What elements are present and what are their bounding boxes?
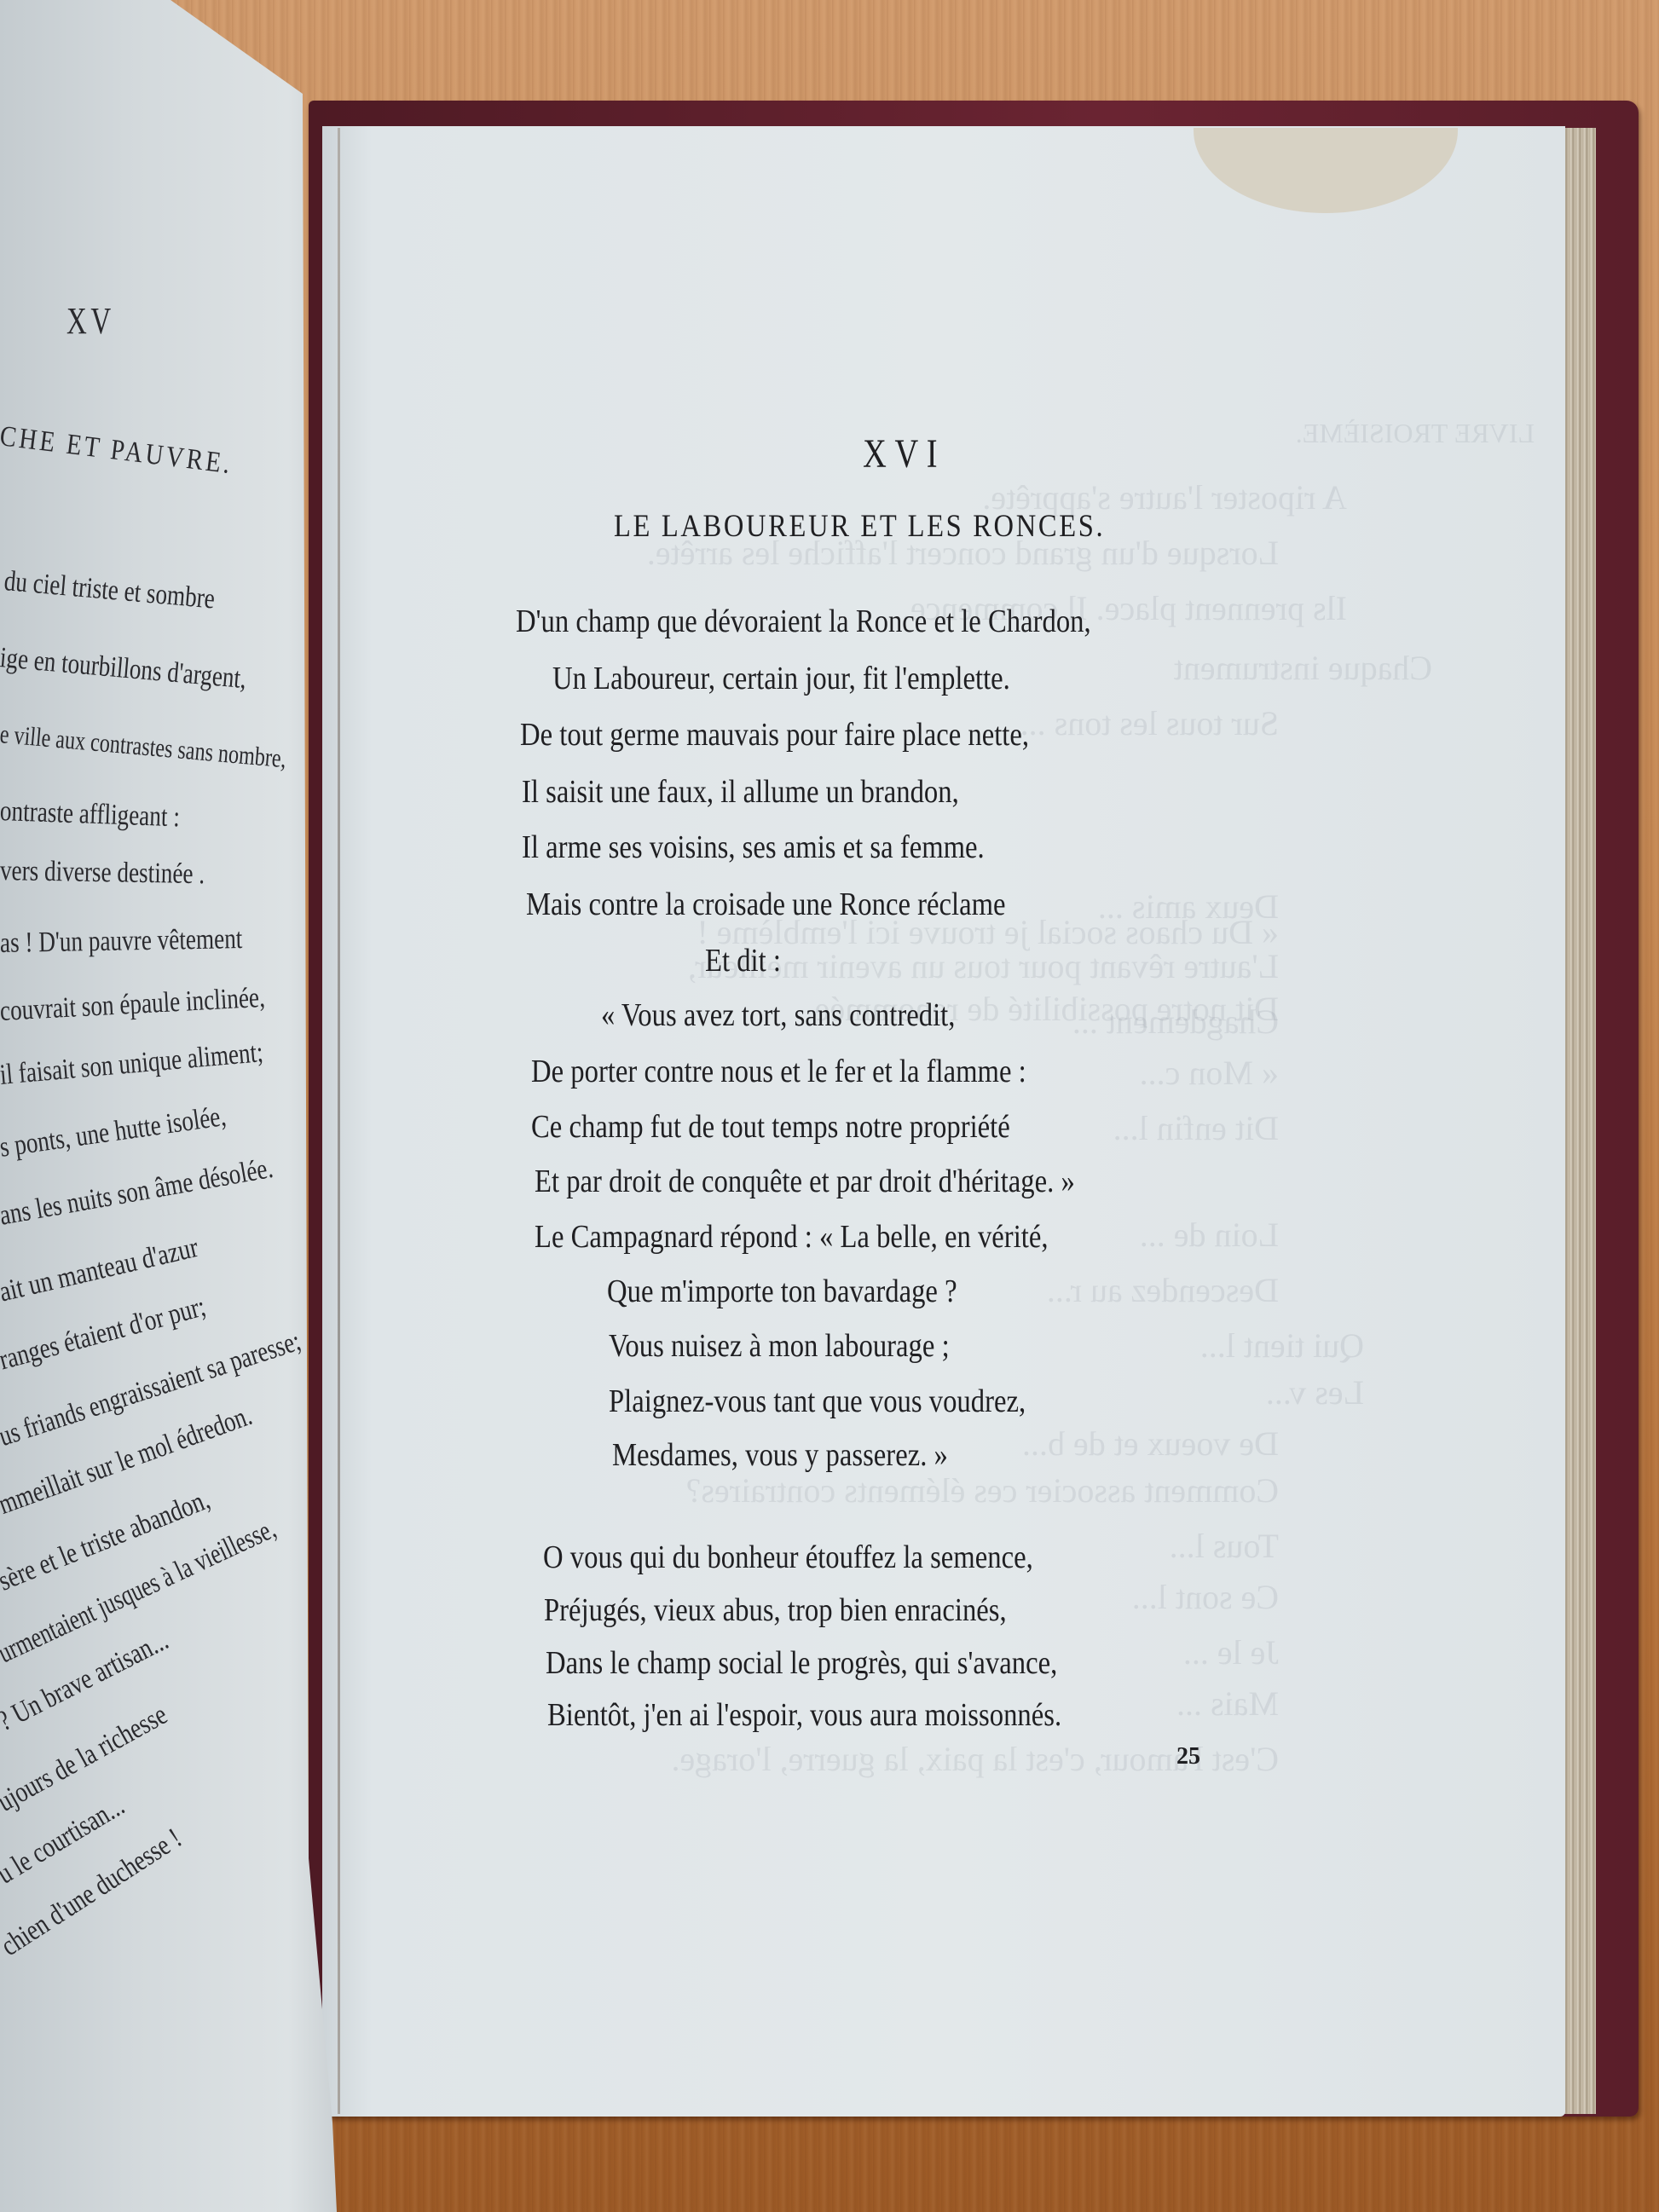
verse-line: Que m'importe ton bavardage ? xyxy=(607,1275,957,1308)
verse-line: De tout germe mauvais pour faire place n… xyxy=(520,719,1029,751)
poem-title: LE LABOUREUR ET LES RONCES. xyxy=(614,508,1105,545)
page-fore-edge xyxy=(1562,128,1596,2114)
verse-line: Ce champ fut de tout temps notre proprié… xyxy=(531,1111,1010,1143)
verse-line: De porter contre nous et le fer et la fl… xyxy=(531,1055,1026,1088)
verse-line: Bientôt, j'en ai l'espoir, vous aura moi… xyxy=(547,1699,1061,1731)
verse-line: Vous nuisez à mon labourage ; xyxy=(609,1330,950,1362)
verse-line: D'un champ que dévoraient la Ronce et le… xyxy=(516,605,1091,638)
verse-line: ontraste affligeant : xyxy=(0,797,180,832)
verse-line: Préjugés, vieux abus, trop bien enraciné… xyxy=(544,1594,1007,1626)
verse-line: Plaignez-vous tant que vous voudrez, xyxy=(609,1385,1026,1418)
verse-line: Dans le champ social le progrès, qui s'a… xyxy=(546,1647,1057,1679)
gutter xyxy=(338,128,340,2114)
verse-line: Le Campagnard répond : « La belle, en vé… xyxy=(535,1221,1049,1253)
verse-line: Un Laboureur, certain jour, fit l'emplet… xyxy=(552,662,1010,695)
verse-line: Mais contre la croisade une Ronce réclam… xyxy=(526,888,1006,921)
left-page xyxy=(0,0,339,2212)
page-number: 25 xyxy=(1176,1743,1200,1770)
verse-line: Et dit : xyxy=(705,944,781,977)
left-chapter-number: XV xyxy=(66,303,115,340)
verse-line: as ! D'un pauvre vêtement xyxy=(0,925,243,958)
verse-line: Et par droit de conquête et par droit d'… xyxy=(535,1165,1075,1198)
verse-line: Mesdames, vous y passerez. » xyxy=(612,1439,948,1471)
verse-line: vers diverse destinée . xyxy=(0,857,205,889)
verse-line: O vous qui du bonheur étouffez la semenc… xyxy=(543,1541,1033,1574)
verse-line: Il saisit une faux, il allume un brandon… xyxy=(522,776,959,808)
verse-line: « Vous avez tort, sans contredit, xyxy=(601,999,955,1031)
chapter-number: XVI xyxy=(863,430,945,477)
verse-line: Il arme ses voisins, ses amis et sa femm… xyxy=(522,831,985,863)
